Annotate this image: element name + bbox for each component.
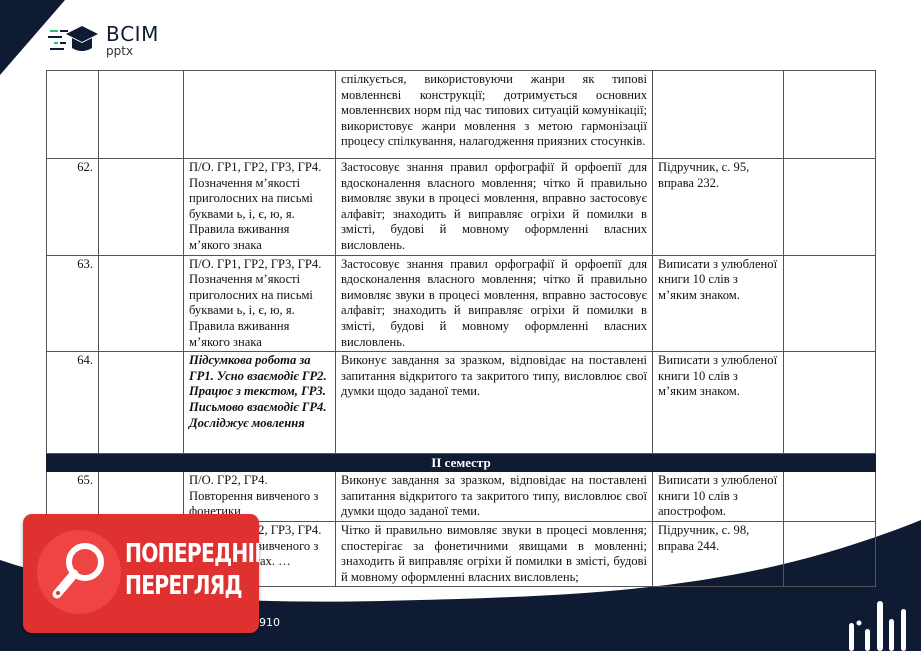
preview-badge[interactable]: ПОПЕРЕДНІЙ ПЕРЕГЛЯД: [23, 514, 259, 633]
notes: [784, 255, 876, 352]
homework: [653, 71, 784, 159]
homework: Виписати з улюбленої книги 10 слів з м’я…: [653, 352, 784, 454]
section-label: ІІ семестр: [47, 454, 876, 472]
homework: Підручник, с. 95, вправа 232.: [653, 159, 784, 256]
lesson-number: 62.: [47, 159, 99, 256]
lesson-date: [99, 71, 184, 159]
magnifier-icon: [45, 536, 115, 610]
graduation-cap-icon: [48, 22, 100, 58]
lesson-date: [99, 352, 184, 454]
expected-results: спілкується, використовуючи жанри як тип…: [336, 71, 653, 159]
table-row: 64.Підсумкова робота за ГР1. Усно взаємо…: [47, 352, 876, 454]
table-row: 62.П/О. ГР1, ГР2, ГР3, ГР4. Позначення м…: [47, 159, 876, 256]
notes: [784, 472, 876, 522]
brand-title: ВСІМ: [106, 24, 159, 44]
table-row: спілкується, використовуючи жанри як тип…: [47, 71, 876, 159]
page-number: 910: [259, 616, 280, 629]
brand-subtitle: pptx: [106, 45, 159, 57]
lesson-plan-table: спілкується, використовуючи жанри як тип…: [46, 70, 876, 587]
homework: Виписати з улюбленої книги 10 слів з апо…: [653, 472, 784, 522]
notes: [784, 71, 876, 159]
preview-label-line1: ПОПЕРЕДНІЙ: [125, 538, 259, 570]
expected-results: Виконує завдання за зразком, відповідає …: [336, 352, 653, 454]
notes: [784, 521, 876, 586]
lesson-topic: П/О. ГР1, ГР2, ГР3, ГР4. Позначення м’як…: [184, 159, 336, 256]
table-row: 63.П/О. ГР1, ГР2, ГР3, ГР4. Позначення м…: [47, 255, 876, 352]
notes: [784, 352, 876, 454]
lesson-date: [99, 159, 184, 256]
lesson-topic: [184, 71, 336, 159]
expected-results: Виконує завдання за зразком, відповідає …: [336, 472, 653, 522]
lesson-number: 63.: [47, 255, 99, 352]
expected-results: Застосовує знання правил орфографії й ор…: [336, 255, 653, 352]
homework: Виписати з улюбленої книги 10 слів з м’я…: [653, 255, 784, 352]
lesson-number: 64.: [47, 352, 99, 454]
lesson-date: [99, 255, 184, 352]
preview-label-line2: ПЕРЕГЛЯД: [125, 570, 259, 602]
expected-results: Застосовує знання правил орфографії й ор…: [336, 159, 653, 256]
brand-logo: ВСІМ pptx: [48, 22, 159, 58]
notes: [784, 159, 876, 256]
bars-decoration-icon: [841, 601, 921, 651]
section-header-row: ІІ семестр: [47, 454, 876, 472]
lesson-topic: Підсумкова робота за ГР1. Усно взаємодіє…: [184, 352, 336, 454]
expected-results: Чітко й правильно вимовляє звуки в проце…: [336, 521, 653, 586]
lesson-topic: П/О. ГР1, ГР2, ГР3, ГР4. Позначення м’як…: [184, 255, 336, 352]
homework: Підручник, с. 98, вправа 244.: [653, 521, 784, 586]
lesson-number: [47, 71, 99, 159]
